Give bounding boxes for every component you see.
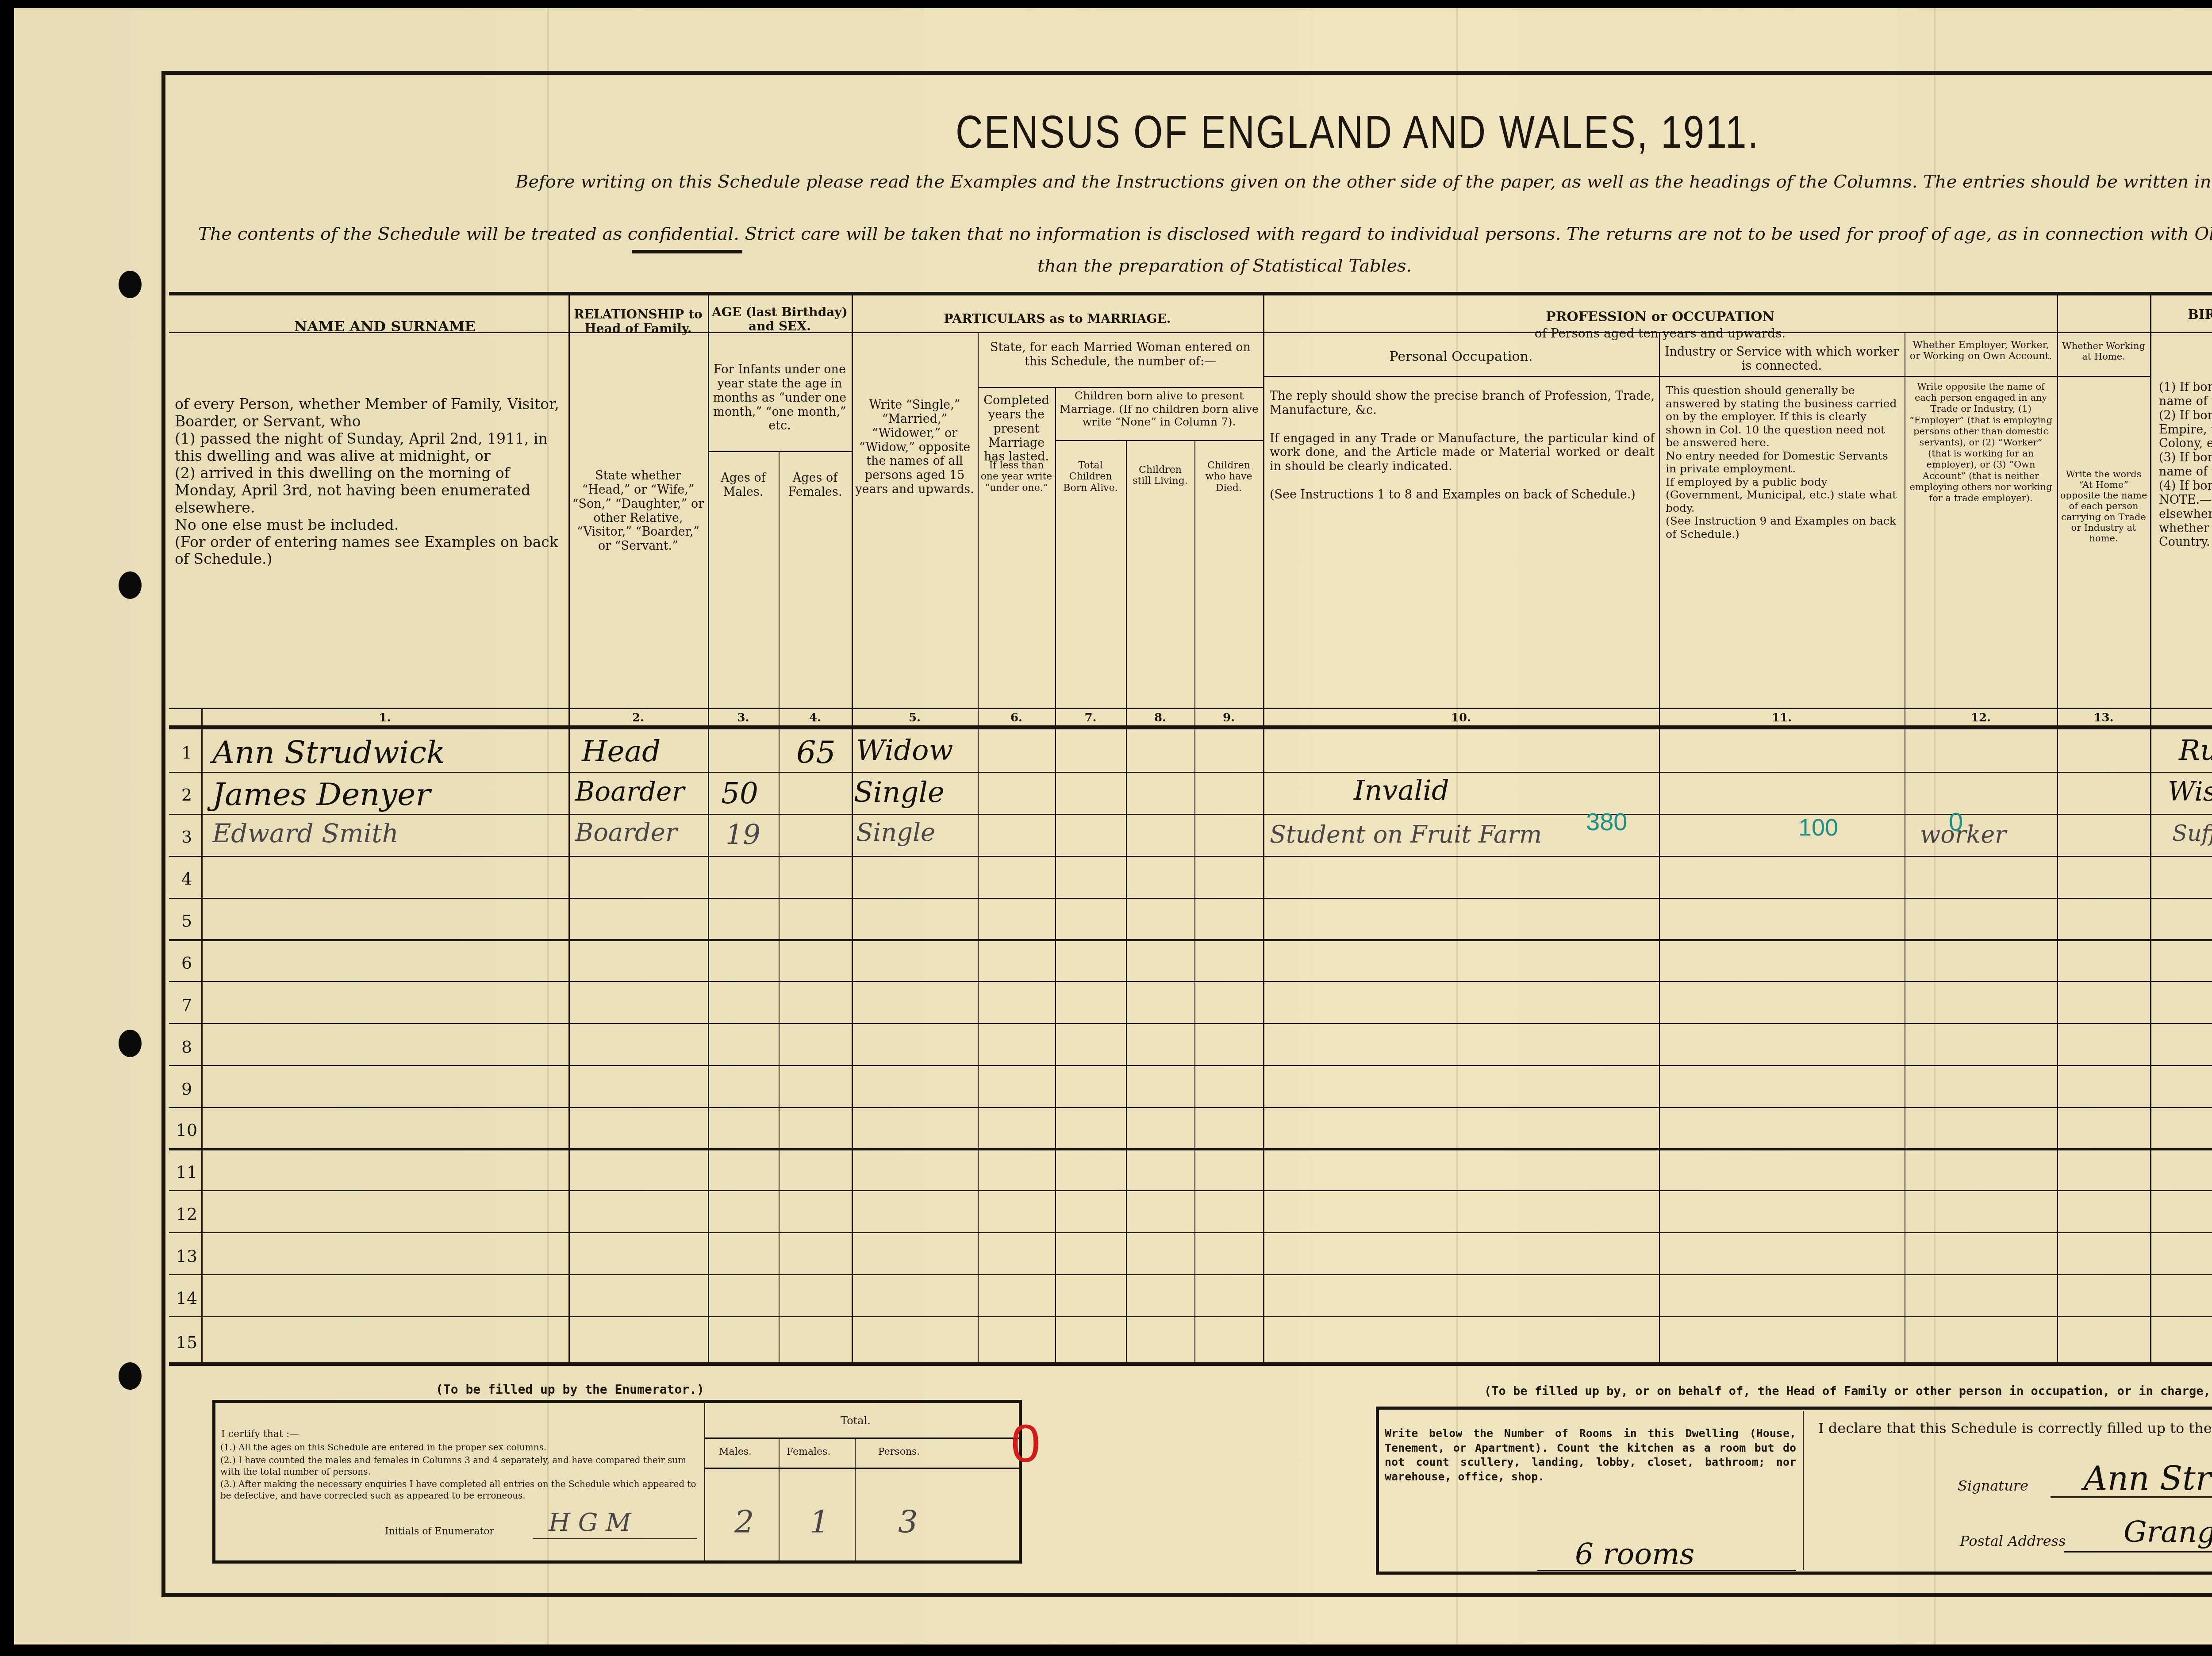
row-number: 1 [173, 743, 200, 763]
age-head: AGE (last Birthday) and SEX. [708, 305, 852, 333]
column-number: 9. [1194, 711, 1263, 724]
header-top-rule [169, 292, 2212, 295]
row-number: 4 [173, 869, 200, 889]
column-divider [2150, 292, 2151, 1362]
instruction-line: Before writing on this Schedule please r… [515, 172, 2212, 192]
females-label: Females. [787, 1446, 830, 1457]
column-divider [1659, 332, 1660, 1362]
total-label: Total. [841, 1414, 871, 1427]
age-infants-note: For Infants under one year state the age… [708, 363, 852, 433]
person-relationship[interactable]: Boarder [575, 776, 684, 807]
column-number: 8. [1126, 711, 1194, 724]
col10-body: The reply should show the precise branch… [1270, 389, 1655, 502]
column-divider [568, 292, 570, 1362]
punch-hole-icon [119, 271, 142, 298]
certify-label: I certify that :— [221, 1429, 299, 1440]
occupation-head: PROFESSION or OCCUPATION [1263, 310, 2057, 325]
col6-sub: If less than one year write “under one.” [978, 460, 1055, 494]
column-number: 12. [1905, 711, 2057, 724]
person-name[interactable]: Ann Strudwick [212, 734, 445, 770]
persons-label: Persons. [878, 1446, 920, 1457]
row-number: 13 [173, 1246, 200, 1266]
col4-head: Ages of Females. [779, 471, 852, 499]
children-rule [1055, 440, 1263, 441]
person-relationship[interactable]: Boarder [575, 818, 677, 847]
column-divider [2057, 292, 2058, 1362]
column-divider [1263, 292, 1264, 1362]
person-birthplace[interactable]: Wisborough green Sussex [2168, 776, 2212, 807]
person-relationship[interactable]: Head [582, 734, 661, 768]
red-mark: 0 [1011, 1413, 1041, 1474]
person-age-female[interactable]: 65 [796, 734, 836, 770]
column-divider [1055, 387, 1056, 1362]
col1-head: NAME AND SURNAME [201, 318, 568, 335]
row-number: 5 [173, 911, 200, 931]
certify-item-1: (1.) All the ages on this Schedule are e… [220, 1442, 700, 1453]
column-number: 14. [2150, 711, 2212, 724]
person-marital-status[interactable]: Single [854, 776, 945, 809]
col14-body: (1) If born in the United Kingdom, write… [2159, 380, 2212, 549]
row-number: 10 [173, 1120, 200, 1140]
signature-label: Signature [1958, 1477, 2028, 1494]
col11-head: Industry or Service with which worker is… [1659, 345, 1905, 373]
column-number: 3. [708, 711, 779, 724]
confidential-line-2: than the preparation of Statistical Tabl… [1037, 256, 1412, 276]
row-number: 12 [173, 1204, 200, 1224]
col2-head: RELATIONSHIP to Head of Family. [568, 307, 708, 336]
initials-label: Initials of Enumerator [385, 1526, 494, 1537]
rooms-value[interactable]: 6 rooms [1575, 1537, 1694, 1571]
col12-body: Write opposite the name of each person e… [1905, 381, 2057, 504]
column-number: 7. [1055, 711, 1126, 724]
person-birthplace[interactable]: Rudgwick Sussex [2179, 734, 2212, 767]
column-number: 2. [568, 711, 708, 724]
col11-body: This question should generally be answer… [1666, 384, 1900, 540]
postal-address-label: Postal Address [1960, 1533, 2066, 1549]
column-number: 11. [1659, 711, 1905, 724]
column-number-rule [169, 725, 2212, 729]
row-number: 15 [173, 1333, 200, 1352]
col5-head: Write “Single,” “Married,” “Widower,” or… [852, 398, 978, 497]
col13-head: Whether Working at Home. [2057, 341, 2150, 362]
person-age-male[interactable]: 19 [726, 818, 760, 851]
age-subheader-rule [708, 451, 852, 452]
column-divider [779, 451, 780, 1362]
person-name[interactable]: Edward Smith [212, 818, 399, 848]
punch-hole-icon [119, 1362, 142, 1390]
col6-head: Completed years the present Marriage has… [978, 394, 1055, 464]
col1-body: of every Person, whether Member of Famil… [175, 396, 564, 568]
row-number: 3 [173, 827, 200, 847]
person-employment-status[interactable]: worker [1920, 820, 2006, 848]
total-persons[interactable]: 3 [898, 1504, 918, 1540]
males-label: Males. [719, 1446, 752, 1457]
row-number: 2 [173, 785, 200, 805]
declaration-text: I declare that this Schedule is correctl… [1818, 1420, 2212, 1437]
column-number: 6. [978, 711, 1055, 724]
row-number: 8 [173, 1037, 200, 1057]
column-number: 1. [201, 711, 568, 724]
marriage-head: PARTICULARS as to MARRIAGE. [852, 312, 1263, 326]
enumerator-heading: (To be filled up by the Enumerator.) [436, 1382, 704, 1397]
person-occupation[interactable]: Student on Fruit Farm [1270, 820, 1542, 848]
certify-item-2: (2.) I have counted the males and female… [220, 1454, 700, 1477]
column-divider [1194, 440, 1195, 1362]
head-signature[interactable]: Ann Strudwick [2084, 1460, 2212, 1498]
header-bottom-rule [169, 708, 2212, 709]
page-title: CENSUS OF ENGLAND AND WALES, 1911. [956, 106, 1760, 159]
home-subheader-rule [2057, 376, 2150, 377]
enumerator-initials[interactable]: H G M [549, 1508, 631, 1537]
column-number: 5. [852, 711, 978, 724]
person-age-male[interactable]: 50 [721, 776, 758, 810]
married-woman-rule [978, 387, 1263, 388]
occupation-subhead: of Persons aged ten years and upwards. [1263, 326, 2057, 341]
col14-head: BIRTHPLACE of every person. [2150, 307, 2212, 322]
column-divider [201, 708, 203, 1362]
industry-code: 100 [1798, 814, 1838, 841]
table-bottom-rule [169, 1362, 2212, 1366]
total-females[interactable]: 1 [810, 1504, 829, 1540]
person-marital-status[interactable]: Widow [856, 734, 953, 767]
punch-hole-icon [119, 571, 142, 599]
column-number: 4. [779, 711, 852, 724]
row-number: 9 [173, 1079, 200, 1099]
col10-head: Personal Occupation. [1263, 349, 1659, 365]
row-number: 7 [173, 995, 200, 1015]
col3-head: Ages of Males. [708, 471, 779, 499]
confidential-underline [632, 250, 742, 253]
col12-head: Whether Employer, Worker, or Working on … [1905, 340, 2057, 362]
col13-body: Write the words “At Home” opposite the n… [2057, 469, 2150, 544]
married-woman-head: State, for each Married Woman entered on… [978, 341, 1263, 369]
row-number: 6 [173, 953, 200, 973]
row-number: 11 [173, 1162, 200, 1182]
punch-hole-icon [119, 1030, 142, 1057]
confidential-line-1: The contents of the Schedule will be tre… [198, 224, 2212, 244]
employment-code: 0 [1949, 807, 1963, 837]
col9-head: Children who have Died. [1194, 460, 1263, 494]
occupation-code: 380 [1586, 807, 1627, 836]
column-number: 13. [2057, 711, 2150, 724]
rooms-instruction: Write below the Number of Rooms in this … [1385, 1426, 1796, 1484]
column-divider [708, 292, 709, 1362]
person-occupation[interactable]: Invalid [1354, 774, 1449, 806]
children-head: Children born alive to present Marriage.… [1055, 389, 1263, 429]
head-of-family-heading: (To be filled up by, or on behalf of, th… [1484, 1384, 2212, 1398]
person-name[interactable]: James Denyer [212, 776, 430, 813]
col2-body: State whether “Head,” or “Wife,” “Son,” … [568, 469, 708, 553]
col7-head: Total Children Born Alive. [1055, 460, 1126, 494]
column-number: 10. [1263, 711, 1659, 724]
column-divider [1126, 440, 1127, 1362]
certify-item-3: (3.) After making the necessary enquirie… [220, 1478, 700, 1501]
total-males[interactable]: 2 [734, 1504, 754, 1540]
person-birthplace[interactable]: Suffolk Bury St Edmunds [2172, 820, 2212, 846]
col8-head: Children still Living. [1126, 464, 1194, 487]
row-number: 14 [173, 1288, 200, 1308]
person-marital-status[interactable]: Single [856, 818, 935, 847]
postal-address-line1[interactable]: Grange Lodge Rudgwick Nr Horsham [2124, 1515, 2212, 1549]
occupation-subheader-rule [1263, 376, 2057, 377]
